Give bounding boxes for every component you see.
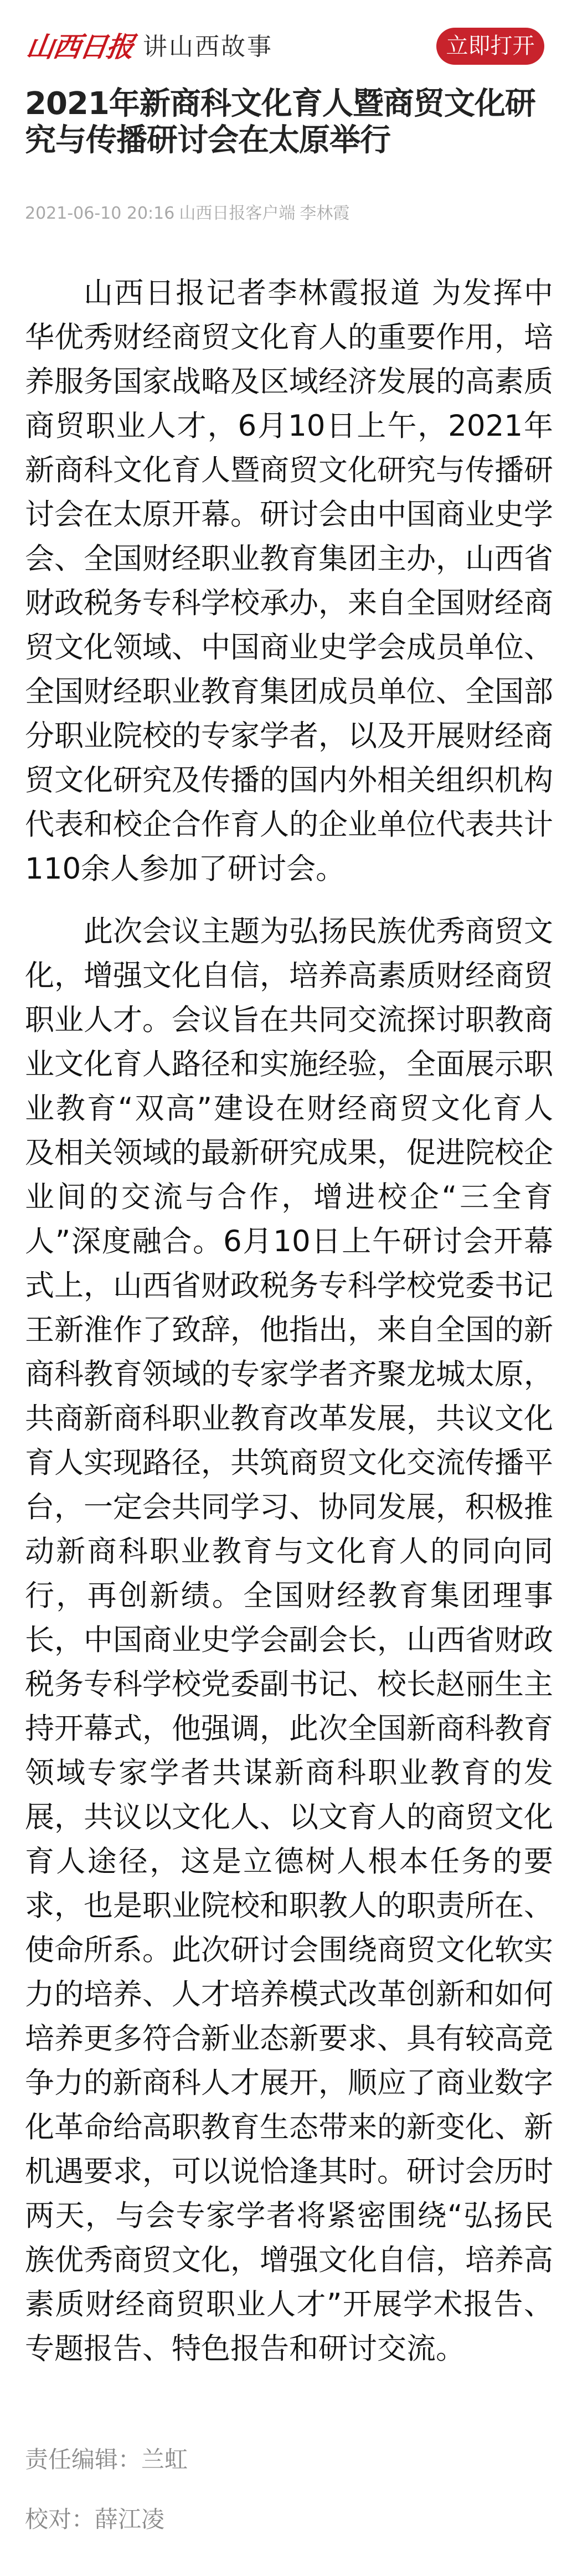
responsible-editor: 责任编辑：兰虹	[25, 2446, 188, 2474]
article-body: 山西日报记者李林霞报道 为发挥中华优秀财经商贸文化育人的重要作用，培养服务国家战…	[25, 271, 553, 2371]
article-author: 李林霞	[300, 204, 349, 223]
article-paragraph: 山西日报记者李林霞报道 为发挥中华优秀财经商贸文化育人的重要作用，培养服务国家战…	[25, 271, 553, 891]
app-banner: 山西日报 讲山西故事 立即打开	[0, 0, 567, 83]
article-title: 2021年新商科文化育人暨商贸文化研究与传播研讨会在太原举行	[25, 86, 556, 159]
proofreader: 校对：薛江凌	[25, 2506, 164, 2533]
slogan: 讲山西故事	[143, 30, 273, 64]
article-meta: 2021-06-10 20:16山西日报客户端李林霞	[25, 204, 354, 224]
article-source: 山西日报客户端	[179, 204, 295, 223]
shanxi-daily-logo: 山西日报	[24, 28, 136, 66]
publish-datetime: 2021-06-10 20:16	[25, 204, 174, 223]
article-paragraph: 此次会议主题为弘扬民族优秀商贸文化，增强文化自信，培养高素质财经商贸职业人才。会…	[25, 910, 553, 2371]
open-app-button[interactable]: 立即打开	[436, 28, 544, 65]
